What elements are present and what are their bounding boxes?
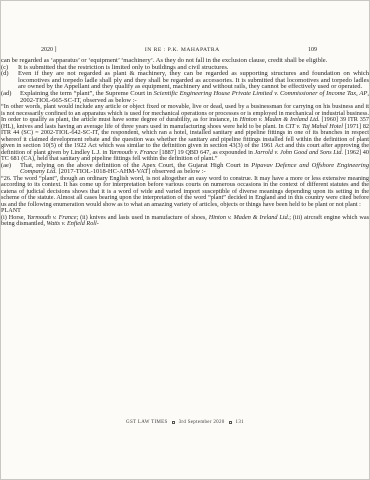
header-year: 2020 ] — [41, 47, 57, 53]
list-item-d-text: Even if they are not regarded as plant &… — [18, 70, 369, 90]
square-separator-icon — [229, 421, 232, 424]
case-citation: Jarrold v. John Good and Sons Ltd. — [255, 149, 344, 156]
paragraph-ae-label: (ae) — [1, 163, 11, 170]
footer-sheet-number: 131 — [236, 420, 244, 425]
paragraph-ad-label: (ad) — [1, 91, 11, 98]
header-case-title: IN RE : P.K. MAHAPATRA — [145, 47, 220, 53]
page-header: 2020 ] IN RE : P.K. MAHAPATRA 109 — [41, 47, 317, 53]
case-citation: Scientific Engineering House Private Lim… — [154, 90, 368, 97]
paragraph-ae: (ae) That, relying on the above definiti… — [1, 163, 369, 176]
page-footer: GST LAW TIMES 3rd September 2020 131 — [1, 420, 369, 425]
header-page-number: 109 — [308, 47, 317, 53]
text-run: [2017-TIOL-1018-HC-AHM-VAT] observed as … — [57, 168, 206, 175]
blockquote-pipavav: “26. The word “plant”, though an ordinar… — [1, 176, 369, 209]
case-citation: Hinton v. Maden & Ireland Ltd. — [209, 214, 289, 221]
page-body: can be regarded as ‘apparatus’ or ‘equip… — [1, 58, 369, 228]
paragraph-ad: (ad) Explaining the term “plant”, the Su… — [1, 91, 369, 104]
footer-journal-name: GST LAW TIMES — [126, 420, 168, 425]
square-separator-icon — [172, 421, 175, 424]
case-citation: Watts v. Enfield Roll- — [47, 220, 99, 227]
blockquote-scientific-engineering: “In other words, plant would include any… — [1, 104, 369, 163]
list-item-d: (d) Even if they are not regarded as pla… — [1, 71, 369, 91]
list-item-d-label: (d) — [1, 71, 9, 78]
document-page: 2020 ] IN RE : P.K. MAHAPATRA 109 can be… — [0, 0, 370, 480]
footer-date: 3rd September 2020 — [179, 420, 225, 425]
plant-list-item: (i) Horse, Yarmouth v. France; (ii) kniv… — [1, 215, 369, 228]
